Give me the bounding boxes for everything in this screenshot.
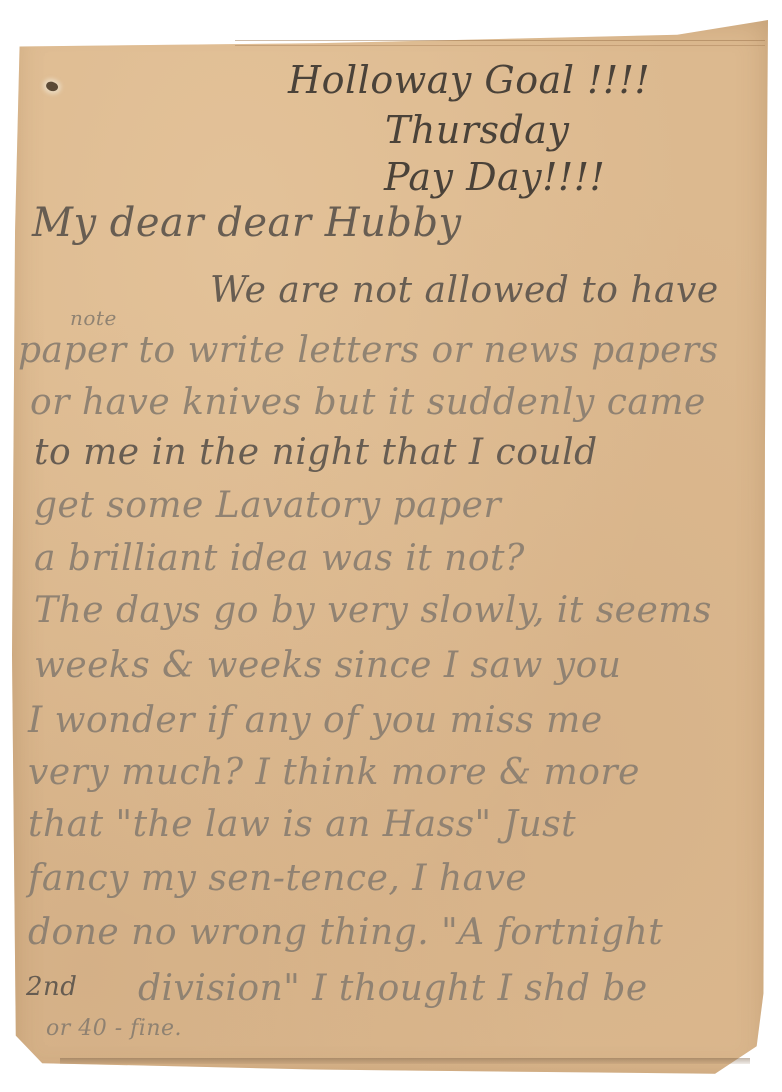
letter-header-place: Holloway Goal !!!!: [288, 58, 650, 102]
letter-line: done no wrong thing. "A fortnight: [28, 912, 663, 953]
letter-line: to me in the night that I could: [34, 432, 598, 473]
letter-line: a brilliant idea was it not?: [34, 538, 525, 579]
letter-line: or 40 - fine.: [46, 1016, 182, 1041]
letter-line: that "the law is an Hass" Just: [28, 804, 576, 845]
letter-margin-note: 2nd: [26, 972, 77, 1002]
letter-salutation: My dear dear Hubby: [32, 200, 462, 246]
letter-line: I wonder if any of you miss me: [28, 700, 603, 741]
letter-line: The days go by very slowly, it seems: [34, 590, 712, 631]
letter-header-note: Pay Day!!!!: [384, 155, 605, 199]
letter-line: weeks & weeks since I saw you: [34, 645, 621, 686]
letter-line: division" I thought I shd be: [138, 968, 648, 1009]
letter-line: paper to write letters or news papers: [18, 330, 719, 371]
letter-line: get some Lavatory paper: [34, 485, 501, 526]
letter-line: very much? I think more & more: [28, 752, 640, 793]
paper-fold-bottom: [60, 1058, 750, 1064]
letter-line: We are not allowed to have: [210, 270, 719, 311]
letter-line: fancy my sen-tence, I have: [28, 858, 527, 899]
paper-fold-top: [235, 40, 765, 46]
letter-header-day: Thursday: [385, 108, 569, 152]
letter-insertion: note: [70, 306, 117, 330]
letter-line: or have knives but it suddenly came: [30, 382, 706, 423]
